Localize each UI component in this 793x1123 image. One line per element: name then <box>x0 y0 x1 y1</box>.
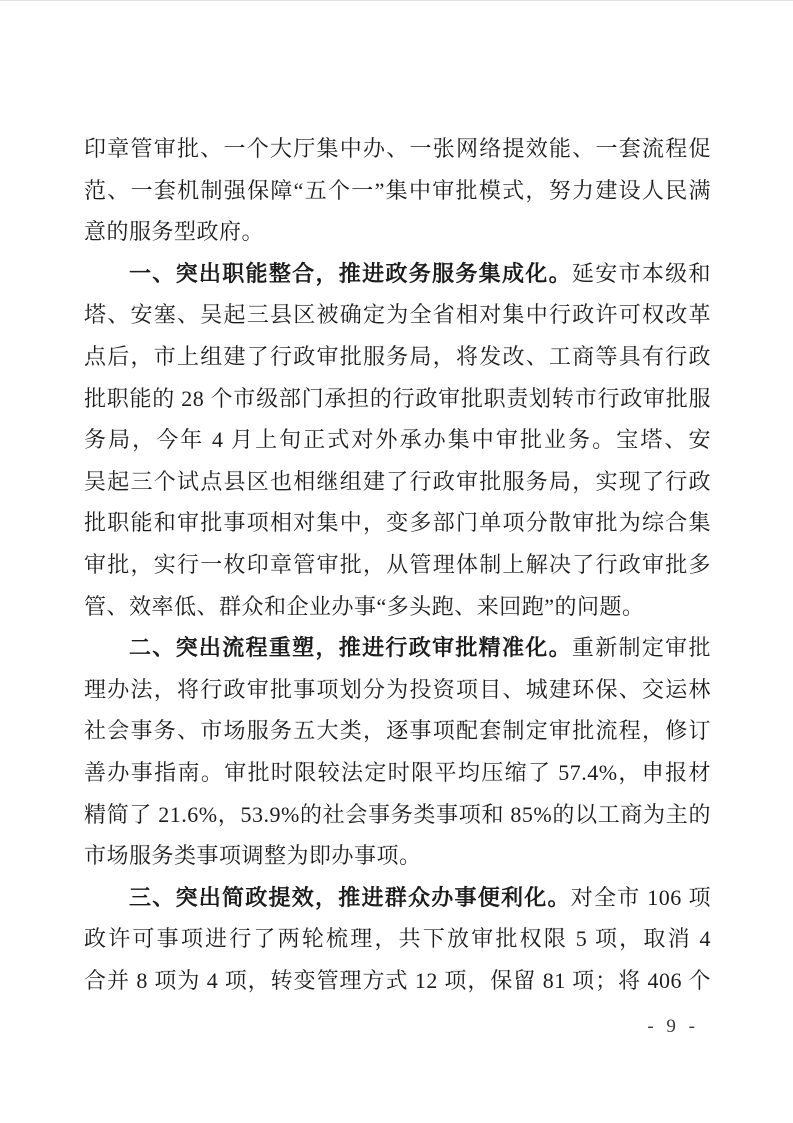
text-line: 二、突出流程重塑，推进行政审批精准化。重新制定审批管 <box>84 627 711 669</box>
text-line: 一、突出职能整合，推进政务服务集成化。延安市本级和宝 <box>84 253 711 295</box>
line-text: 政许可事项进行了两轮梳理，共下放审批权限 5 项，取消 4 项， <box>84 926 711 960</box>
line-text: 批职能的 28 个市级部门承担的行政审批职责划转市行政审批服 <box>84 386 711 411</box>
line-text: 吴起三个试点县区也相继组建了行政审批服务局，实现了行政审 <box>84 469 711 503</box>
text-line: 理办法，将行政审批事项划分为投资项目、城建环保、交运林水、 <box>84 669 711 711</box>
line-text: 理办法，将行政审批事项划分为投资项目、城建环保、交运林水、 <box>84 677 711 711</box>
text-line: 批职能的 28 个市级部门承担的行政审批职责划转市行政审批服 <box>84 378 711 420</box>
line-text: 意的服务型政府。 <box>84 219 264 244</box>
section-heading-lead: 二、突出流程重塑，推进行政审批精准化。 <box>129 635 572 660</box>
text-line: 务局，今年 4 月上旬正式对外承办集中审批业务。宝塔、安塞、 <box>84 419 711 461</box>
document-body: 印章管审批、一个大厅集中办、一张网络提效能、一套流程促规范、一套机制强保障“五个… <box>84 128 711 1001</box>
text-line: 善办事指南。审批时限较法定时限平均压缩了 57.4%，申报材料 <box>84 752 711 794</box>
text-line: 政许可事项进行了两轮梳理，共下放审批权限 5 项，取消 4 项， <box>84 918 711 960</box>
page-number: - 9 - <box>0 1016 699 1038</box>
line-text: 管、效率低、群众和企业办事“多头跑、来回跑”的问题。 <box>84 594 645 619</box>
document-page: 印章管审批、一个大厅集中办、一张网络提效能、一套流程促规范、一套机制强保障“五个… <box>0 0 793 1123</box>
section-heading-lead: 一、突出职能整合，推进政务服务集成化。 <box>129 261 572 286</box>
text-line: 社会事务、市场服务五大类，逐事项配套制定审批流程，修订完 <box>84 710 711 752</box>
line-text: 务局，今年 4 月上旬正式对外承办集中审批业务。宝塔、安塞、 <box>84 427 711 461</box>
line-text: 范、一套机制强保障“五个一”集中审批模式，努力建设人民满 <box>84 178 711 203</box>
text-line: 精简了 21.6%，53.9%的社会事务类事项和 85%的以工商为主的 <box>84 794 711 836</box>
text-line: 意的服务型政府。 <box>84 211 711 253</box>
text-line: 市场服务类事项调整为即办事项。 <box>84 835 711 877</box>
text-line: 批职能和审批事项相对集中，变多部门单项分散审批为综合集中 <box>84 502 711 544</box>
line-text: 市场服务类事项调整为即办事项。 <box>84 843 422 868</box>
text-line: 吴起三个试点县区也相继组建了行政审批服务局，实现了行政审 <box>84 461 711 503</box>
line-text: 塔、安塞、吴起三县区被确定为全省相对集中行政许可权改革试 <box>84 302 711 336</box>
text-line: 塔、安塞、吴起三县区被确定为全省相对集中行政许可权改革试 <box>84 294 711 336</box>
line-text: 合并 8 项为 4 项，转变管理方式 12 项，保留 81 项；将 406 个子 <box>84 968 711 1002</box>
line-text: 精简了 21.6%，53.9%的社会事务类事项和 85%的以工商为主的 <box>84 802 711 827</box>
text-line: 印章管审批、一个大厅集中办、一张网络提效能、一套流程促规 <box>84 128 711 170</box>
section-heading-lead: 三、突出简政提效，推进群众办事便利化。 <box>129 885 571 910</box>
line-text: 善办事指南。审批时限较法定时限平均压缩了 57.4%，申报材料 <box>84 760 711 794</box>
line-text: 点后，市上组建了行政审批服务局，将发改、工商等具有行政审 <box>84 344 711 378</box>
text-line: 范、一套机制强保障“五个一”集中审批模式，努力建设人民满 <box>84 170 711 212</box>
text-line: 审批，实行一枚印章管审批，从管理体制上解决了行政审批多头 <box>84 544 711 586</box>
line-text: 印章管审批、一个大厅集中办、一张网络提效能、一套流程促规 <box>84 136 711 170</box>
text-line: 三、突出简政提效，推进群众办事便利化。对全市 106 项行 <box>84 877 711 919</box>
text-line: 点后，市上组建了行政审批服务局，将发改、工商等具有行政审 <box>84 336 711 378</box>
line-text: 批职能和审批事项相对集中，变多部门单项分散审批为综合集中 <box>84 510 711 544</box>
line-text: 审批，实行一枚印章管审批，从管理体制上解决了行政审批多头 <box>84 552 711 586</box>
text-line: 合并 8 项为 4 项，转变管理方式 12 项，保留 81 项；将 406 个子 <box>84 960 711 1002</box>
line-text: 社会事务、市场服务五大类，逐事项配套制定审批流程，修订完 <box>84 718 711 752</box>
text-line: 管、效率低、群众和企业办事“多头跑、来回跑”的问题。 <box>84 586 711 628</box>
